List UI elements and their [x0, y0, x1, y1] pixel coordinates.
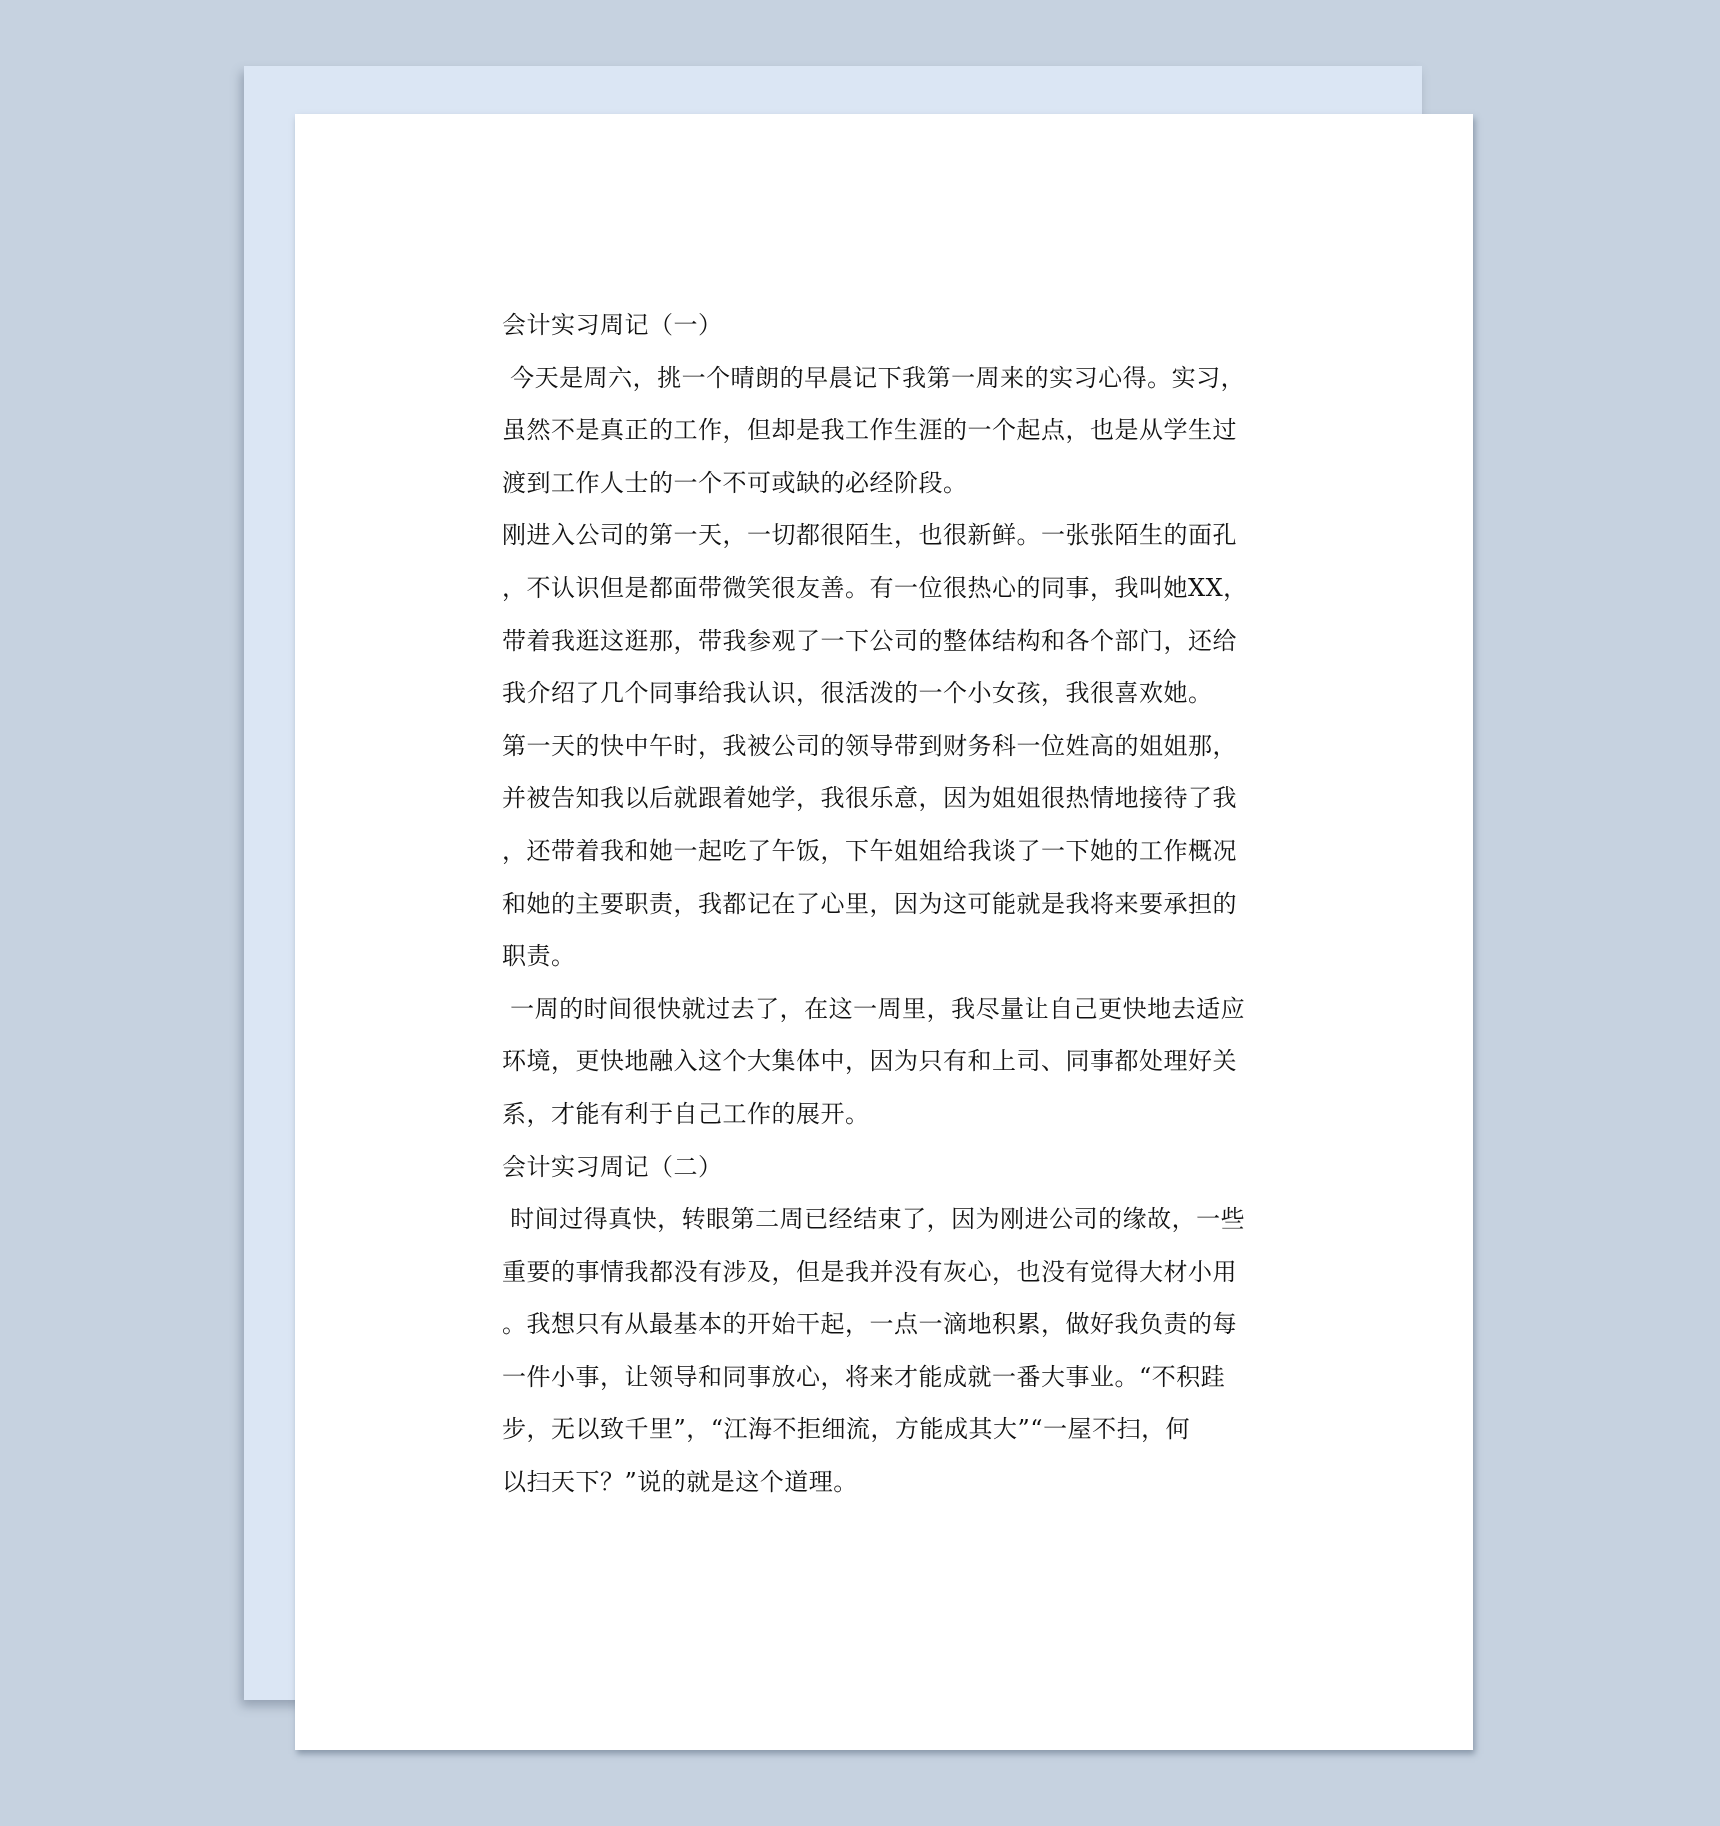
paragraph-line: 步，无以致千里”，“江海不拒细流，方能成其大”“一屋不扫，何 [502, 1403, 1302, 1456]
paragraph-line: 环境，更快地融入这个大集体中，因为只有和上司、同事都处理好关 [502, 1035, 1302, 1088]
paragraph-line: 刚进入公司的第一天，一切都很陌生，也很新鲜。一张张陌生的面孔 [502, 509, 1302, 562]
paragraph-line: 以扫天下？”说的就是这个道理。 [502, 1456, 1302, 1509]
paragraph-line: 一件小事，让领导和同事放心，将来才能成就一番大事业。“不积跬 [502, 1351, 1302, 1404]
paragraph-line: 和她的主要职责，我都记在了心里，因为这可能就是我将来要承担的 [502, 878, 1302, 931]
paragraph-line: 时间过得真快，转眼第二周已经结束了，因为刚进公司的缘故，一些 [502, 1193, 1302, 1246]
paragraph-line: 重要的事情我都没有涉及，但是我并没有灰心，也没有觉得大材小用 [502, 1246, 1302, 1299]
paragraph-line: 带着我逛这逛那，带我参观了一下公司的整体结构和各个部门，还给 [502, 615, 1302, 668]
section-title-week-1: 会计实习周记（一） [502, 299, 1302, 352]
document-body: 会计实习周记（一） 今天是周六，挑一个晴朗的早晨记下我第一周来的实习心得。实习，… [502, 299, 1302, 1509]
paragraph-line: 职责。 [502, 930, 1302, 983]
paragraph-line: 系，才能有利于自己工作的展开。 [502, 1088, 1302, 1141]
paragraph-line: 我介绍了几个同事给我认识，很活泼的一个小女孩，我很喜欢她。 [502, 667, 1302, 720]
paragraph-line: 今天是周六，挑一个晴朗的早晨记下我第一周来的实习心得。实习， [502, 352, 1302, 405]
paragraph-line: 第一天的快中午时，我被公司的领导带到财务科一位姓高的姐姐那， [502, 720, 1302, 773]
paragraph-line: ，还带着我和她一起吃了午饭，下午姐姐给我谈了一下她的工作概况 [502, 825, 1302, 878]
paragraph-line: 。我想只有从最基本的开始干起，一点一滴地积累，做好我负责的每 [502, 1298, 1302, 1351]
paragraph-line: 一周的时间很快就过去了，在这一周里，我尽量让自己更快地去适应 [502, 983, 1302, 1036]
section-title-week-2: 会计实习周记（二） [502, 1141, 1302, 1194]
paragraph-line: ，不认识但是都面带微笑很友善。有一位很热心的同事，我叫她XX， [502, 562, 1302, 615]
paragraph-line: 虽然不是真正的工作，但却是我工作生涯的一个起点，也是从学生过 [502, 404, 1302, 457]
paragraph-line: 并被告知我以后就跟着她学，我很乐意，因为姐姐很热情地接待了我 [502, 772, 1302, 825]
paragraph-line: 渡到工作人士的一个不可或缺的必经阶段。 [502, 457, 1302, 510]
